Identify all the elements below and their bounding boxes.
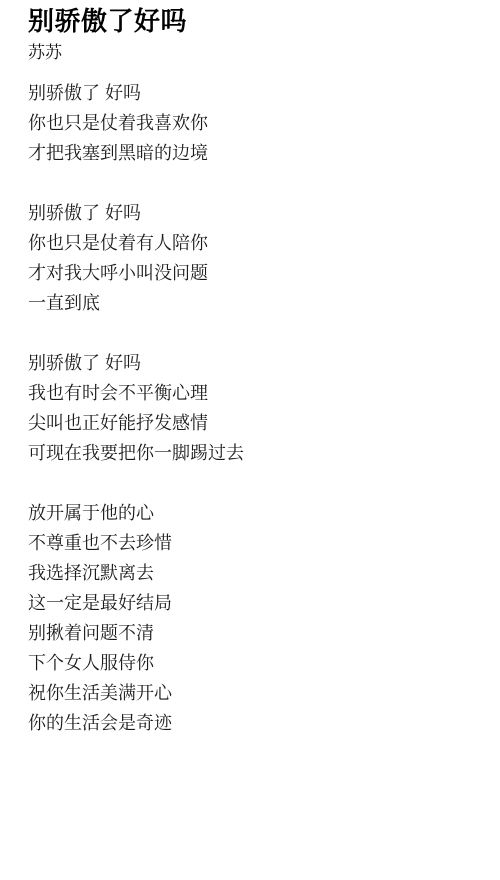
- lyrics-container: 别骄傲了 好吗你也只是仗着我喜欢你才把我塞到黑暗的边境别骄傲了 好吗你也只是仗着…: [28, 78, 480, 738]
- page-title: 别骄傲了好吗: [28, 6, 480, 36]
- artist-name: 苏苏: [28, 42, 480, 64]
- lyric-stanza: 别骄傲了 好吗你也只是仗着我喜欢你才把我塞到黑暗的边境: [28, 78, 480, 168]
- lyric-stanza: 别骄傲了 好吗我也有时会不平衡心理尖叫也正好能抒发感情可现在我要把你一脚踢过去: [28, 348, 480, 468]
- lyric-stanza: 放开属于他的心不尊重也不去珍惜我选择沉默离去这一定是最好结局别揪着问题不清下个女…: [28, 498, 480, 738]
- lyric-line: 你也只是仗着有人陪你: [28, 228, 480, 258]
- lyric-line: 放开属于他的心: [28, 498, 480, 528]
- lyric-line: 这一定是最好结局: [28, 588, 480, 618]
- lyric-line: 我也有时会不平衡心理: [28, 378, 480, 408]
- lyric-line: 可现在我要把你一脚踢过去: [28, 438, 480, 468]
- lyric-line: 别揪着问题不清: [28, 618, 480, 648]
- lyric-line: 你的生活会是奇迹: [28, 708, 480, 738]
- lyric-line: 别骄傲了 好吗: [28, 348, 480, 378]
- lyric-line: 祝你生活美满开心: [28, 678, 480, 708]
- lyric-line: 才把我塞到黑暗的边境: [28, 138, 480, 168]
- lyrics-page: 别骄傲了好吗 苏苏 别骄傲了 好吗你也只是仗着我喜欢你才把我塞到黑暗的边境别骄傲…: [0, 0, 500, 880]
- lyric-line: 一直到底: [28, 288, 480, 318]
- lyric-line: 别骄傲了 好吗: [28, 78, 480, 108]
- lyric-line: 尖叫也正好能抒发感情: [28, 408, 480, 438]
- lyric-line: 我选择沉默离去: [28, 558, 480, 588]
- lyric-line: 才对我大呼小叫没问题: [28, 258, 480, 288]
- lyric-line: 你也只是仗着我喜欢你: [28, 108, 480, 138]
- lyric-line: 不尊重也不去珍惜: [28, 528, 480, 558]
- lyric-stanza: 别骄傲了 好吗你也只是仗着有人陪你才对我大呼小叫没问题一直到底: [28, 198, 480, 318]
- lyric-line: 别骄傲了 好吗: [28, 198, 480, 228]
- lyric-line: 下个女人服侍你: [28, 648, 480, 678]
